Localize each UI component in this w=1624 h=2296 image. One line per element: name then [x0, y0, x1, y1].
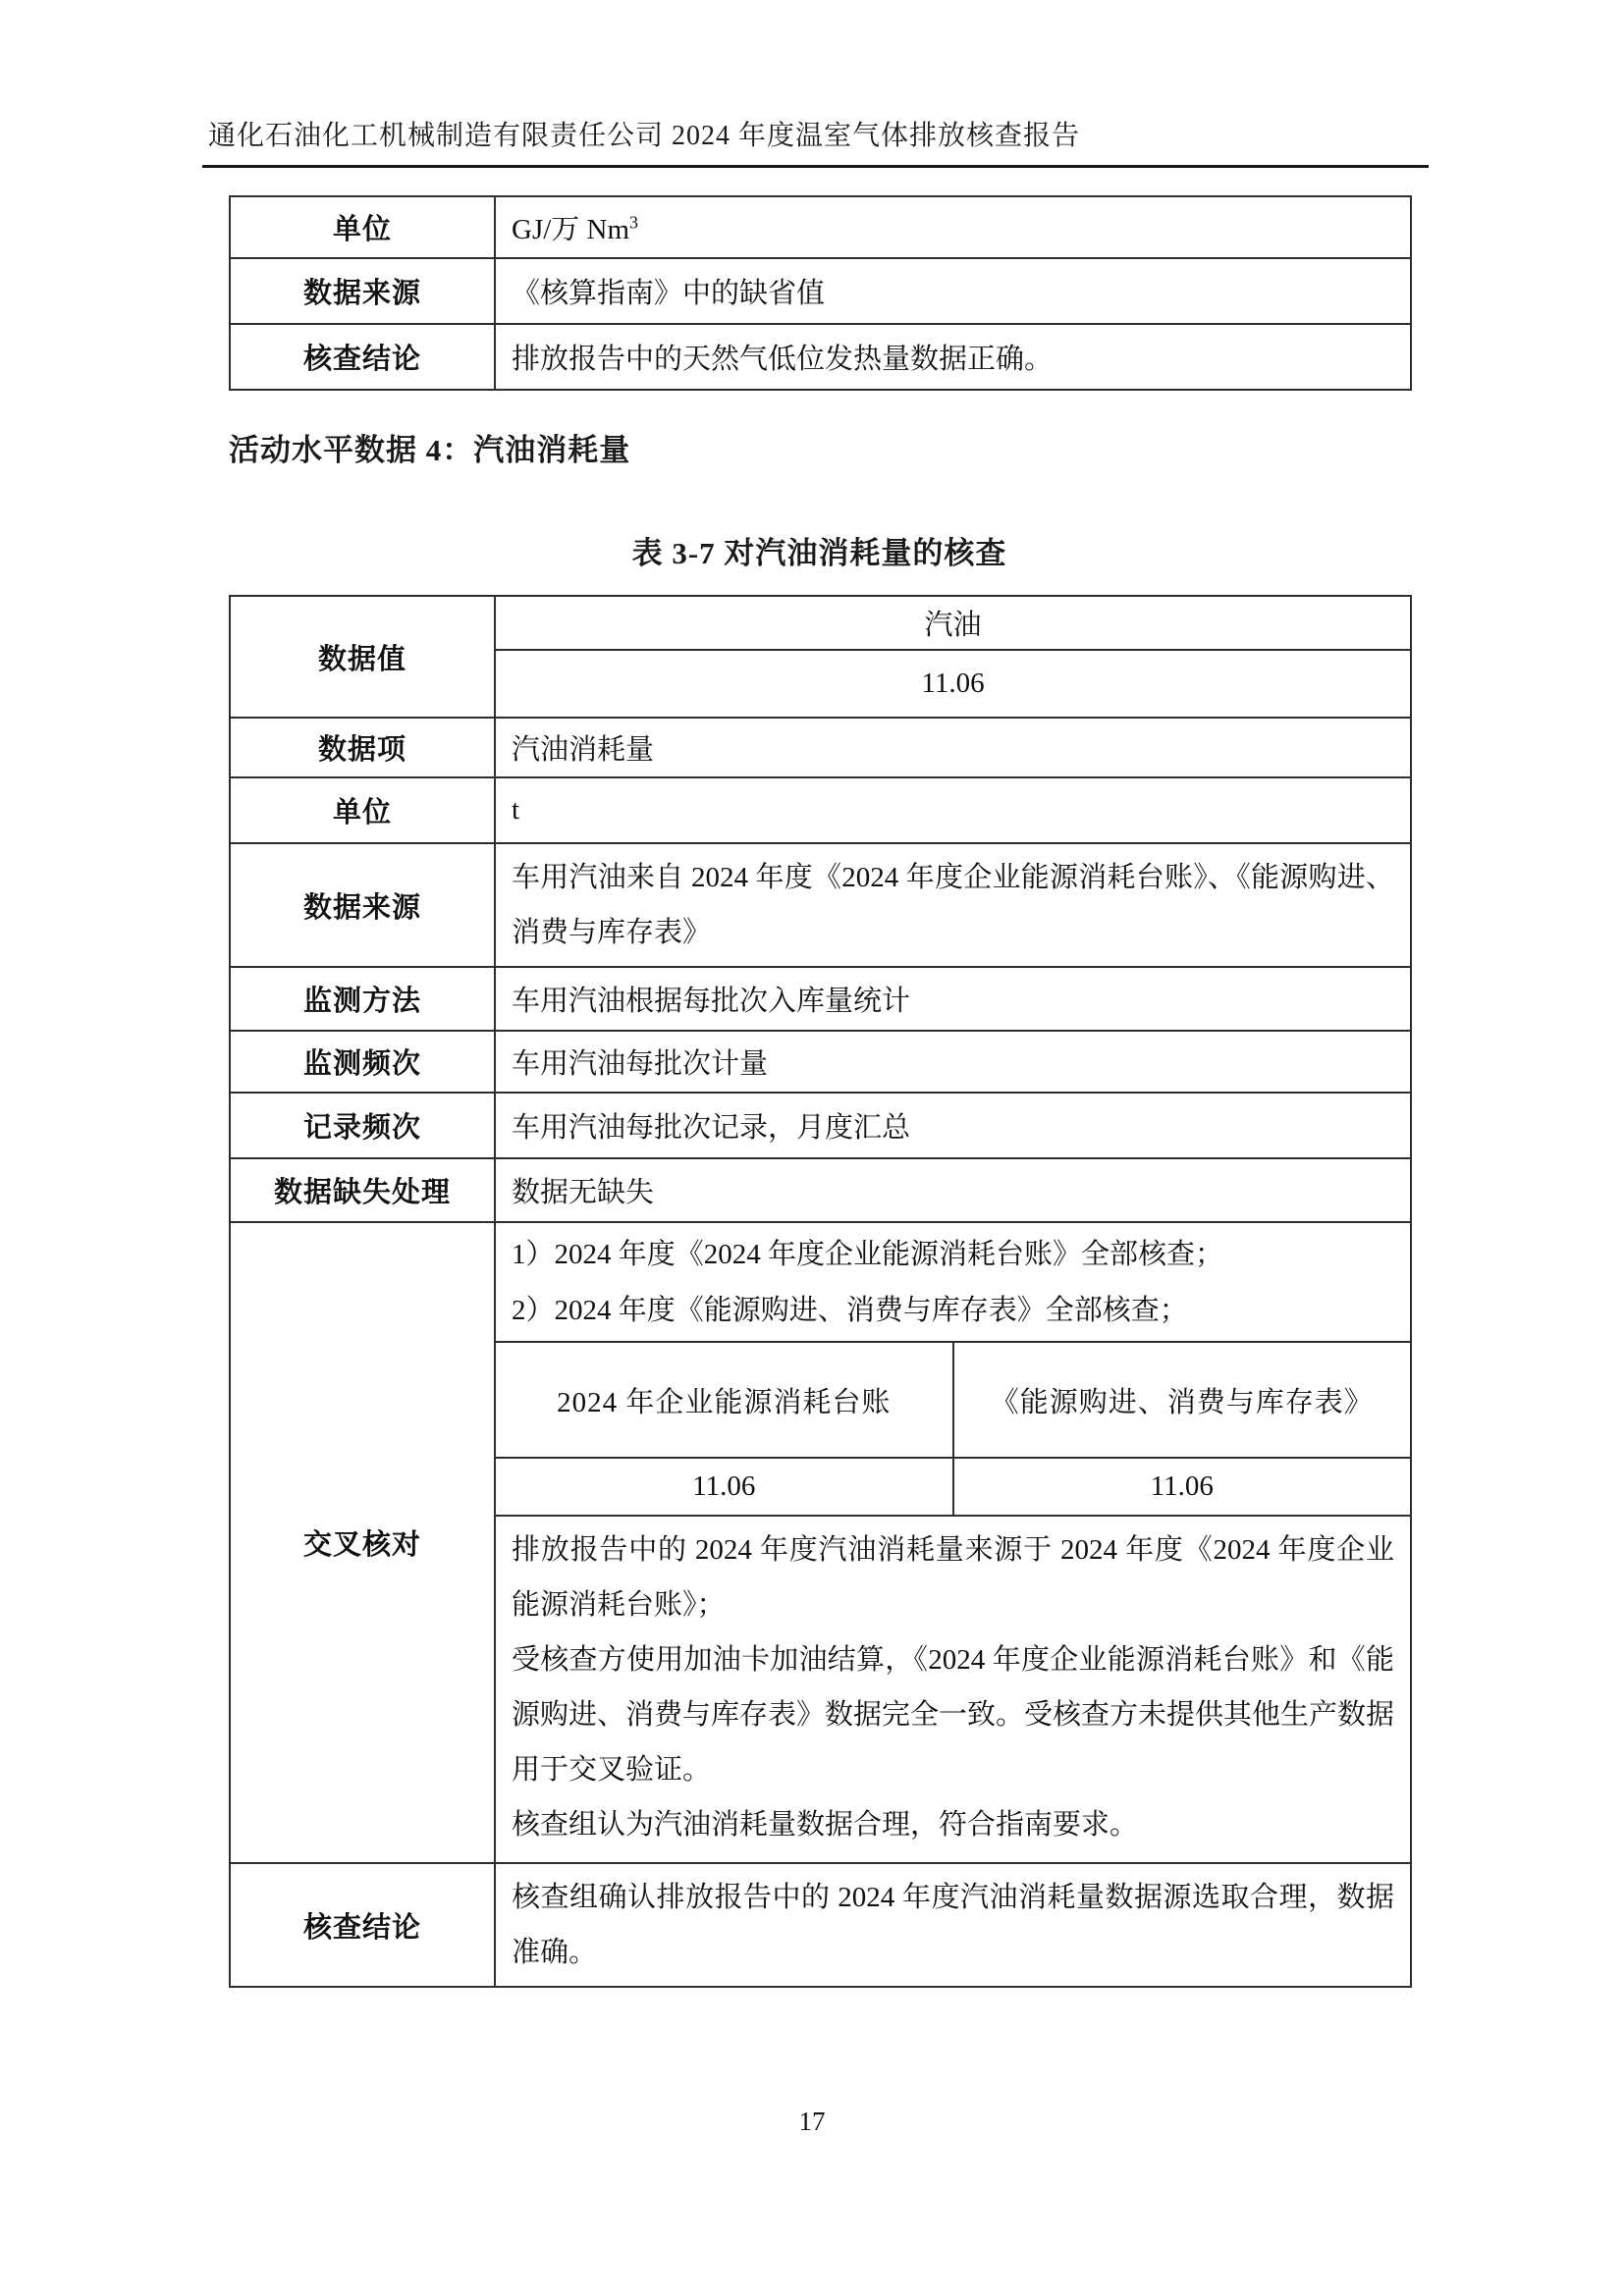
table-caption: 表 3-7 对汽油消耗量的核查 [229, 530, 1410, 577]
row-label-missing-data-handling: 数据缺失处理 [230, 1158, 495, 1222]
data-value-amount: 11.06 [495, 650, 1411, 718]
row-value-unit: t [495, 777, 1411, 843]
row-value-monitoring-frequency: 车用汽油每批次计量 [495, 1031, 1411, 1093]
section-heading: 活动水平数据 4：汽油消耗量 [229, 426, 1624, 475]
sub-table-header-inventory: 《能源购进、消费与库存表》 [953, 1342, 1411, 1458]
table-row-cross-check: 交叉核对 1）2024 年度《2024 年度企业能源消耗台账》全部核查； 2）2… [230, 1222, 1411, 1863]
natural-gas-heating-value-table: 单位 GJ/万 Nm3 数据来源 《核算指南》中的缺省值 核查结论 排放报告中的… [229, 195, 1412, 391]
table-row-monitoring-method: 监测方法 车用汽油根据每批次入库量统计 [230, 967, 1411, 1031]
table-row-data-source: 数据来源 车用汽油来自 2024 年度《2024 年度企业能源消耗台账》、《能源… [230, 843, 1411, 967]
cross-check-paragraph: 受核查方使用加油卡加油结算，《2024 年度企业能源消耗台账》和《能源购进、消费… [512, 1632, 1394, 1797]
table-row-monitoring-frequency: 监测频次 车用汽油每批次计量 [230, 1031, 1411, 1093]
sub-table-value-inventory: 11.06 [953, 1458, 1411, 1516]
cross-check-paragraphs: 排放报告中的 2024 年度汽油消耗量来源于 2024 年度《2024 年度企业… [496, 1517, 1410, 1862]
row-value-data-source: 车用汽油来自 2024 年度《2024 年度企业能源消耗台账》、《能源购进、消费… [495, 843, 1411, 967]
table-row-unit: 单位 t [230, 777, 1411, 843]
row-label-monitoring-method: 监测方法 [230, 967, 495, 1031]
row-label-data-source: 数据来源 [230, 843, 495, 967]
table-row-verification-conclusion: 核查结论 核查组确认排放报告中的 2024 年度汽油消耗量数据源选取合理，数据准… [230, 1863, 1411, 1987]
cross-check-list-item: 2）2024 年度《能源购进、消费与库存表》全部核查； [512, 1283, 1394, 1339]
row-label-data-source: 数据来源 [230, 258, 495, 324]
cross-check-list-item: 1）2024 年度《2024 年度企业能源消耗台账》全部核查； [512, 1227, 1394, 1283]
row-label-verification-conclusion: 核查结论 [230, 1863, 495, 1987]
report-page: 通化石油化工机械制造有限责任公司 2024 年度温室气体排放核查报告 单位 GJ… [0, 0, 1624, 2296]
row-label-data-value: 数据值 [230, 596, 495, 718]
unit-text: GJ/万 Nm [512, 214, 629, 245]
row-value-unit: GJ/万 Nm3 [495, 196, 1411, 258]
cross-check-sub-table: 2024 年企业能源消耗台账 《能源购进、消费与库存表》 11.06 11.06 [496, 1341, 1410, 1517]
row-value-monitoring-method: 车用汽油根据每批次入库量统计 [495, 967, 1411, 1031]
row-label-conclusion: 核查结论 [230, 324, 495, 390]
row-value-conclusion: 排放报告中的天然气低位发热量数据正确。 [495, 324, 1411, 390]
cross-check-paragraph: 核查组认为汽油消耗量数据合理，符合指南要求。 [512, 1797, 1394, 1852]
row-label-unit: 单位 [230, 196, 495, 258]
row-label-cross-check: 交叉核对 [230, 1222, 495, 1863]
row-label-monitoring-frequency: 监测频次 [230, 1031, 495, 1093]
page-number: 17 [0, 2107, 1624, 2137]
table-row-record-frequency: 记录频次 车用汽油每批次记录，月度汇总 [230, 1093, 1411, 1158]
row-value-verification-conclusion: 核查组确认排放报告中的 2024 年度汽油消耗量数据源选取合理，数据准确。 [495, 1863, 1411, 1987]
sub-table-value-row: 11.06 11.06 [496, 1458, 1410, 1516]
table-row-conclusion: 核查结论 排放报告中的天然气低位发热量数据正确。 [230, 324, 1411, 390]
sub-table-value-ledger: 11.06 [496, 1458, 953, 1516]
row-label-data-item: 数据项 [230, 718, 495, 777]
row-value-missing-data-handling: 数据无缺失 [495, 1158, 1411, 1222]
row-value-data-item: 汽油消耗量 [495, 718, 1411, 777]
data-value-fuel: 汽油 [495, 596, 1411, 650]
report-header-title: 通化石油化工机械制造有限责任公司 2024 年度温室气体排放核查报告 [208, 114, 1429, 153]
table-row-data-source: 数据来源 《核算指南》中的缺省值 [230, 258, 1411, 324]
row-label-record-frequency: 记录频次 [230, 1093, 495, 1158]
gasoline-consumption-table: 数据值 汽油 11.06 数据项 汽油消耗量 单位 t 数据来源 车用汽油来自 … [229, 595, 1412, 1988]
cross-check-cell: 1）2024 年度《2024 年度企业能源消耗台账》全部核查； 2）2024 年… [495, 1222, 1411, 1863]
table-row-unit: 单位 GJ/万 Nm3 [230, 196, 1411, 258]
table-row-missing-data-handling: 数据缺失处理 数据无缺失 [230, 1158, 1411, 1222]
row-label-unit: 单位 [230, 777, 495, 843]
sub-table-header-row: 2024 年企业能源消耗台账 《能源购进、消费与库存表》 [496, 1342, 1410, 1458]
page-header: 通化石油化工机械制造有限责任公司 2024 年度温室气体排放核查报告 [202, 0, 1429, 168]
table-row-data-item: 数据项 汽油消耗量 [230, 718, 1411, 777]
row-value-data-source: 《核算指南》中的缺省值 [495, 258, 1411, 324]
cross-check-paragraph: 排放报告中的 2024 年度汽油消耗量来源于 2024 年度《2024 年度企业… [512, 1522, 1394, 1632]
cross-check-list: 1）2024 年度《2024 年度企业能源消耗台账》全部核查； 2）2024 年… [496, 1223, 1410, 1341]
table-row-data-value-fuel: 数据值 汽油 [230, 596, 1411, 650]
sub-table-header-ledger: 2024 年企业能源消耗台账 [496, 1342, 953, 1458]
unit-superscript: 3 [629, 212, 638, 232]
row-value-record-frequency: 车用汽油每批次记录，月度汇总 [495, 1093, 1411, 1158]
